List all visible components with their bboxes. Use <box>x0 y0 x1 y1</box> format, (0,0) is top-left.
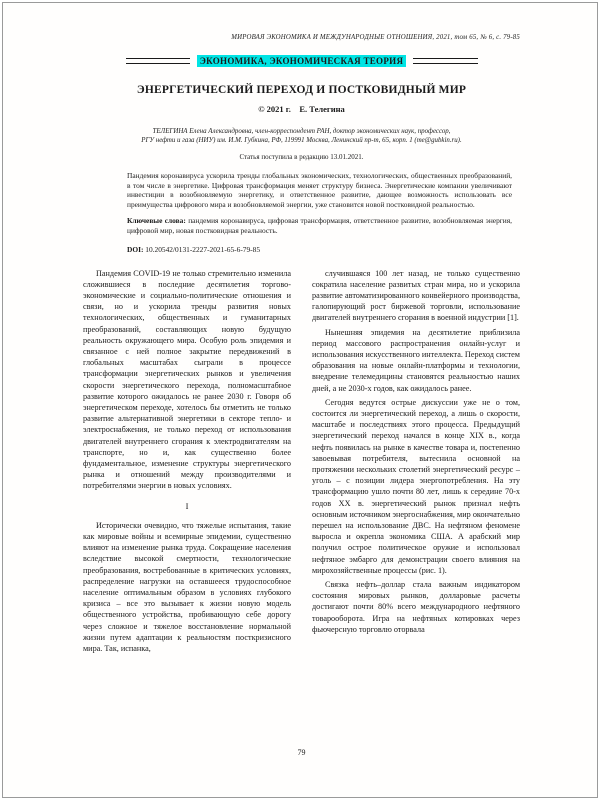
page-number: 79 <box>83 748 520 757</box>
abstract-text: Пандемия коронавируса ускорила тренды гл… <box>127 171 512 209</box>
doi-label: DOI: <box>127 245 143 254</box>
body-paragraph: Сегодня ведутся острые дискуссии уже не … <box>312 397 520 576</box>
received-date-line: Статья поступила в редакцию 13.01.2021. <box>83 153 520 161</box>
article-page: МИРОВАЯ ЭКОНОМИКА И МЕЖДУНАРОДНЫЕ ОТНОШЕ… <box>83 34 520 774</box>
keywords-block: Ключевые слова: пандемия коронавируса, ц… <box>127 216 512 235</box>
body-paragraph: Нынешняя эпидемия на десятилетие приблиз… <box>312 327 520 394</box>
double-rule-left <box>126 58 190 64</box>
scanned-paper-page: { "journal_header": "МИРОВАЯ ЭКОНОМИКА И… <box>0 0 600 800</box>
author-affiliation-line2: РГУ нефти и газа (НИУ) им. И.М. Губкина,… <box>83 136 520 145</box>
left-column: Пандемия COVID-19 не только стремительно… <box>83 268 291 658</box>
body-paragraph: случившаяся 100 лет назад, не только сущ… <box>312 268 520 324</box>
copyright-author-line: © 2021 г. Е. Телегина <box>83 104 520 114</box>
author-affiliation-line1: ТЕЛЕГИНА Елена Александровна, член-корре… <box>83 127 520 136</box>
author-affiliation-block: ТЕЛЕГИНА Елена Александровна, член-корре… <box>83 127 520 145</box>
section-banner: ЭКОНОМИКА, ЭКОНОМИЧЕСКАЯ ТЕОРИЯ <box>126 55 478 67</box>
body-paragraph: Связка нефть–доллар стала важным индикат… <box>312 579 520 635</box>
double-rule-right <box>413 58 477 64</box>
body-two-columns: Пандемия COVID-19 не только стремительно… <box>83 268 520 658</box>
body-paragraph: Пандемия COVID-19 не только стремительно… <box>83 268 291 492</box>
journal-header: МИРОВАЯ ЭКОНОМИКА И МЕЖДУНАРОДНЫЕ ОТНОШЕ… <box>83 34 520 41</box>
article-title: ЭНЕРГЕТИЧЕСКИЙ ПЕРЕХОД И ПОСТКОВИДНЫЙ МИ… <box>83 84 520 96</box>
section-banner-label: ЭКОНОМИКА, ЭКОНОМИЧЕСКАЯ ТЕОРИЯ <box>197 55 407 67</box>
doi-value: 10.20542/0131-2227-2021-65-6-79-85 <box>143 245 260 254</box>
section-heading-numeral: I <box>83 501 291 512</box>
right-column: случившаяся 100 лет назад, не только сущ… <box>312 268 520 658</box>
body-paragraph: Исторически очевидно, что тяжелые испыта… <box>83 520 291 654</box>
keywords-label: Ключевые слова: <box>127 216 186 225</box>
doi-block: DOI: 10.20542/0131-2227-2021-65-6-79-85 <box>127 245 512 254</box>
